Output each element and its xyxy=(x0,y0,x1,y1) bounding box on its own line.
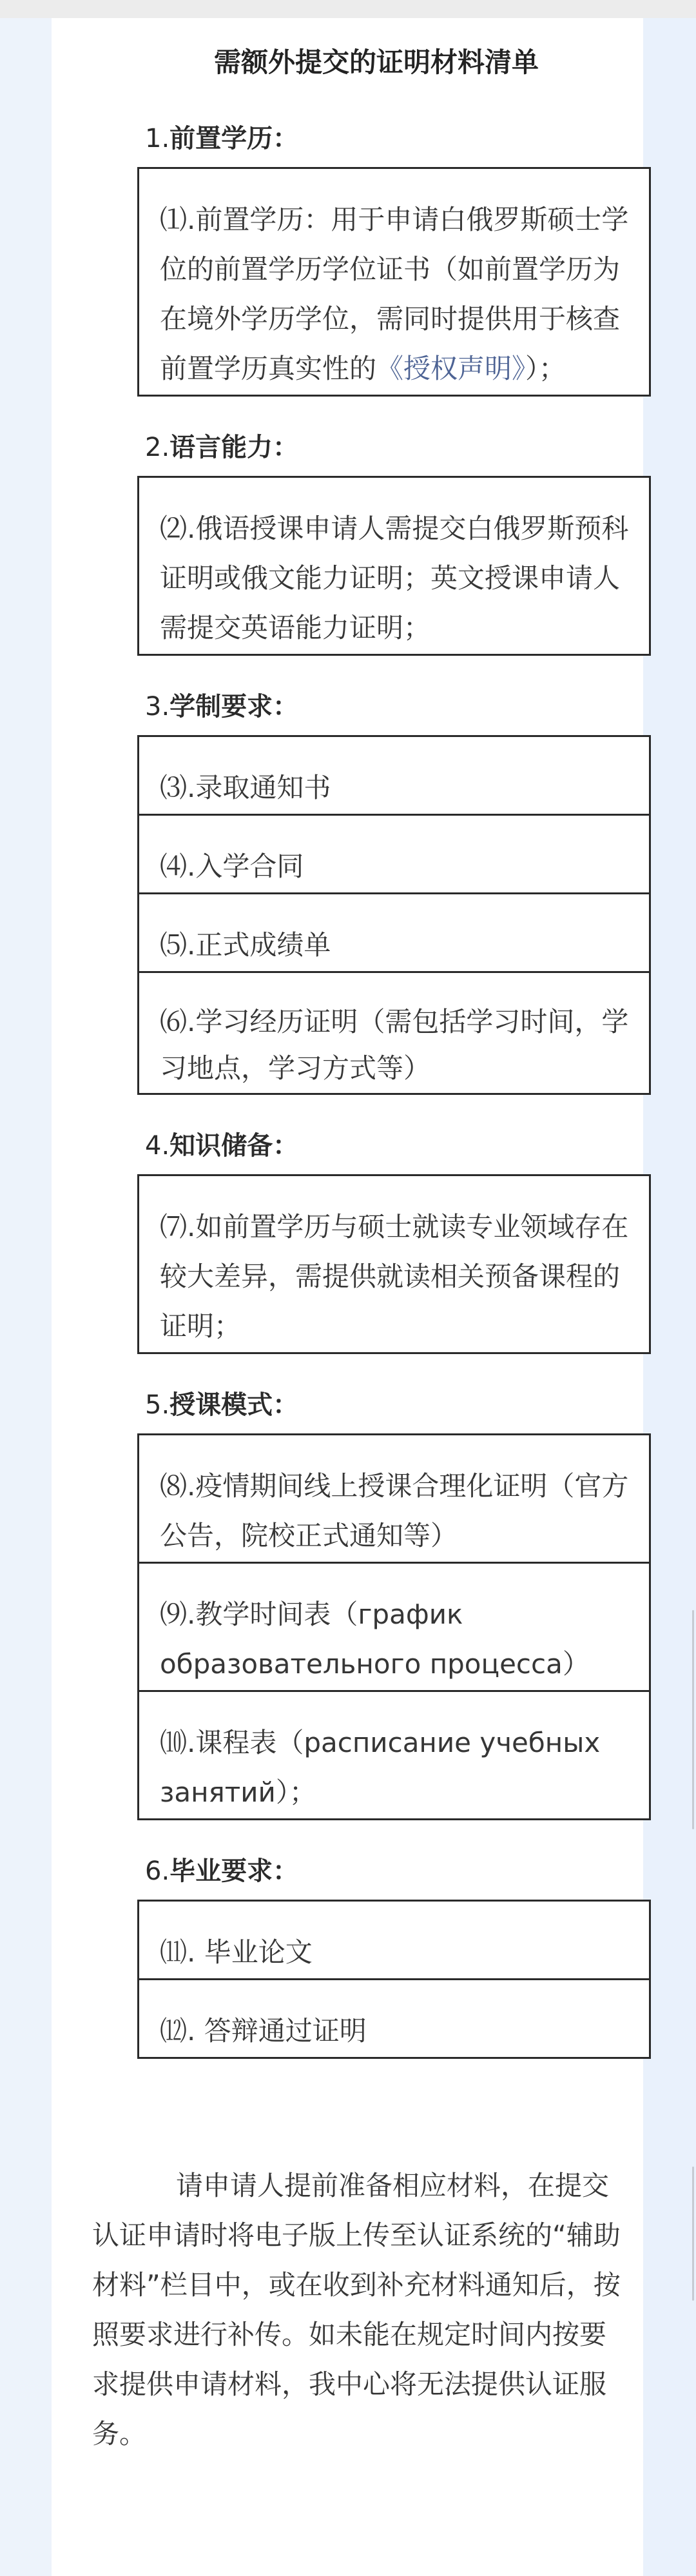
notice-line: 求提供申请材料，我中心将无法提供认证服 xyxy=(92,2359,608,2409)
section-heading-knowledge-reserve: 4.知识储备： xyxy=(145,1126,643,1165)
authorization-statement-link[interactable]: 《授权声明》 xyxy=(376,353,525,384)
section-heading-prior-education: 1.前置学历： xyxy=(145,119,643,158)
section-number: 6. xyxy=(145,1856,169,1886)
scrollbar-thumb[interactable] xyxy=(692,1610,694,1829)
item-line: ⑿. 答辩通过证明 xyxy=(160,2006,643,2056)
item-line: ⑾. 毕业论文 xyxy=(160,1927,643,1977)
submission-notice-paragraph: 请申请人提前准备相应材料，在提交 认证申请时将电子版上传至认证系统的“辅助 材料… xyxy=(92,2161,608,2459)
item-line: 习地点，学习方式等） xyxy=(160,1045,643,1092)
section-number: 4. xyxy=(145,1131,169,1161)
page-title: 需额外提交的证明材料清单 xyxy=(52,43,643,82)
notice-line: 照要求进行补传。如未能在规定时间内按要 xyxy=(92,2310,608,2359)
requirement-item-11: ⑾. 毕业论文 xyxy=(139,1902,649,1978)
item-line: 较大差异，需提供就读相关预备课程的 xyxy=(160,1252,643,1301)
item-line: 证明或俄文能力证明；英文授课申请人 xyxy=(160,553,643,603)
requirement-item-9: ⑼.教学时间表（график образовательного процесса… xyxy=(139,1562,649,1690)
notice-line: 务。 xyxy=(92,2409,608,2459)
section-label: 前置学历： xyxy=(169,124,298,153)
section-heading-study-system: 3.学制要求： xyxy=(145,687,643,726)
item-line: ⑺.如前置学历与硕士就读专业领域存在 xyxy=(160,1202,643,1252)
requirement-item-8: ⑻.疫情期间线上授课合理化证明（官方 公告，院校正式通知等） xyxy=(139,1435,649,1562)
notice-line: 请申请人提前准备相应材料，在提交 xyxy=(92,2161,608,2210)
section-heading-graduation-requirements: 6.毕业要求： xyxy=(145,1852,643,1891)
item-line: занятий）； xyxy=(160,1767,643,1817)
section-heading-language-ability: 2.语言能力： xyxy=(145,428,643,467)
section-label: 授课模式： xyxy=(169,1390,298,1420)
item-line: ⑼.教学时间表（график xyxy=(160,1589,643,1639)
top-status-band xyxy=(0,0,696,18)
requirement-item-7: ⑺.如前置学历与硕士就读专业领域存在 较大差异，需提供就读相关预备课程的 证明； xyxy=(139,1176,649,1352)
scrollbar-thumb-secondary[interactable] xyxy=(692,2167,694,2301)
section-number: 2. xyxy=(145,433,169,462)
requirement-item-10: ⑽.课程表（расписание учебных занятий）； xyxy=(139,1690,649,1818)
section-label: 知识储备： xyxy=(169,1131,298,1161)
item-line-text: ）； xyxy=(525,353,566,384)
section-number: 3. xyxy=(145,692,169,722)
requirement-item-12: ⑿. 答辩通过证明 xyxy=(139,1978,649,2057)
item-line: ⑸.正式成绩单 xyxy=(160,920,643,970)
requirement-box-language-ability: ⑵.俄语授课申请人需提交白俄罗斯预科 证明或俄文能力证明；英文授课申请人 需提交… xyxy=(137,476,651,656)
item-line-text: 前置学历真实性的 xyxy=(160,353,376,384)
notice-line: 材料”栏目中，或在收到补充材料通知后，按 xyxy=(92,2260,608,2310)
document-panel: 需额外提交的证明材料清单 1.前置学历： ⑴.前置学历：用于申请白俄罗斯硕士学 … xyxy=(52,18,643,2576)
requirement-item-1: ⑴.前置学历：用于申请白俄罗斯硕士学 位的前置学历学位证书（如前置学历为 在境外… xyxy=(139,169,649,395)
right-margin-background xyxy=(643,18,696,2576)
requirement-item-6: ⑹.学习经历证明（需包括学习时间，学 习地点，学习方式等） xyxy=(139,971,649,1093)
requirement-table-graduation: ⑾. 毕业论文 ⑿. 答辩通过证明 xyxy=(137,1900,651,2059)
requirement-item-3: ⑶.录取通知书 xyxy=(139,737,649,814)
item-line: ⑽.课程表（расписание учебных xyxy=(160,1718,643,1767)
item-line: ⑻.疫情期间线上授课合理化证明（官方 xyxy=(160,1461,643,1511)
item-line: ⑷.入学合同 xyxy=(160,841,643,891)
section-number: 5. xyxy=(145,1390,169,1420)
section-heading-teaching-mode: 5.授课模式： xyxy=(145,1386,643,1424)
item-line: ⑶.录取通知书 xyxy=(160,763,643,812)
item-line: 位的前置学历学位证书（如前置学历为 xyxy=(160,244,643,294)
requirement-item-4: ⑷.入学合同 xyxy=(139,814,649,892)
requirement-table-teaching-mode: ⑻.疫情期间线上授课合理化证明（官方 公告，院校正式通知等） ⑼.教学时间表（г… xyxy=(137,1433,651,1820)
item-line: 需提交英语能力证明； xyxy=(160,603,643,653)
item-line: ⑹.学习经历证明（需包括学习时间，学 xyxy=(160,999,643,1045)
item-line: 公告，院校正式通知等） xyxy=(160,1511,643,1560)
item-line: 前置学历真实性的《授权声明》）； xyxy=(160,344,643,393)
item-line: ⑵.俄语授课申请人需提交白俄罗斯预科 xyxy=(160,504,643,553)
requirement-box-prior-education: ⑴.前置学历：用于申请白俄罗斯硕士学 位的前置学历学位证书（如前置学历为 在境外… xyxy=(137,167,651,397)
section-label: 学制要求： xyxy=(169,692,298,722)
requirement-item-2: ⑵.俄语授课申请人需提交白俄罗斯预科 证明或俄文能力证明；英文授课申请人 需提交… xyxy=(139,478,649,654)
item-line: 在境外学历学位，需同时提供用于核查 xyxy=(160,294,643,344)
requirement-item-5: ⑸.正式成绩单 xyxy=(139,892,649,971)
item-line: ⑴.前置学历：用于申请白俄罗斯硕士学 xyxy=(160,195,643,244)
section-label: 毕业要求： xyxy=(169,1856,298,1886)
requirement-table-study-system: ⑶.录取通知书 ⑷.入学合同 ⑸.正式成绩单 ⑹.学习经历证明（需包括学习时间，… xyxy=(137,735,651,1095)
requirement-box-knowledge-reserve: ⑺.如前置学历与硕士就读专业领域存在 较大差异，需提供就读相关预备课程的 证明； xyxy=(137,1174,651,1354)
item-line: 证明； xyxy=(160,1301,643,1351)
section-label: 语言能力： xyxy=(169,433,298,462)
notice-line: 认证申请时将电子版上传至认证系统的“辅助 xyxy=(92,2210,608,2260)
section-number: 1. xyxy=(145,124,169,153)
item-line: образовательного процесса） xyxy=(160,1639,643,1689)
